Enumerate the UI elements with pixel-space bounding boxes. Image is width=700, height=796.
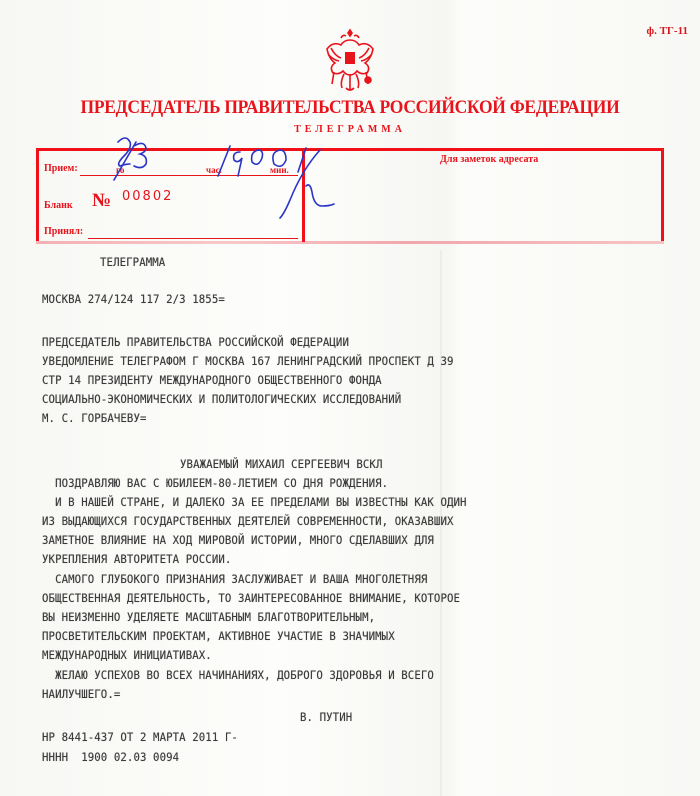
minutes-label: мин. — [270, 165, 289, 175]
salutation: УВАЖАЕМЫЙ МИХАИЛ СЕРГЕЕВИЧ ВСКЛ — [180, 457, 382, 471]
blank-number: 00802 — [122, 189, 173, 204]
double-headed-eagle-emblem-icon — [322, 28, 378, 94]
org-title: ПРЕДСЕДАТЕЛЬ ПРАВИТЕЛЬСТВА РОССИЙСКОЙ ФЕ… — [28, 97, 672, 119]
routing-line: МОСКВА 274/124 117 2/3 1855= — [42, 292, 225, 306]
body-line: МЕЖДУНАРОДНЫХ ИНИЦИАТИВАХ. — [42, 648, 212, 662]
blank-label: Бланк — [44, 200, 73, 211]
form-code: ф. ТГ-11 — [646, 25, 688, 37]
body-line: И В НАШЕЙ СТРАНЕ, И ДАЛЕКО ЗА ЕЕ ПРЕДЕЛА… — [42, 495, 467, 509]
form-subtitle: ТЕЛЕГРАММА — [0, 124, 700, 135]
address-line: СОЦИАЛЬНО-ЭКОНОМИЧЕСКИХ И ПОЛИТОЛОГИЧЕСК… — [42, 392, 401, 406]
number-sign: № — [92, 190, 111, 212]
body-line: НАИЛУЧШЕГО.= — [42, 687, 120, 701]
address-line: СТР 14 ПРЕЗИДЕНТУ МЕЖДУНАРОДНОГО ОБЩЕСТВ… — [42, 373, 382, 387]
body-line: ЖЕЛАЮ УСПЕХОВ ВО ВСЕХ НАЧИНАНИЯХ, ДОБРОГ… — [42, 668, 434, 682]
body-line: ЗАМЕТНОЕ ВЛИЯНИЕ НА ХОД МИРОВОЙ ИСТОРИИ,… — [42, 533, 434, 547]
address-line: УВЕДОМЛЕНИЕ ТЕЛЕГРАФОМ Г МОСКВА 167 ЛЕНИ… — [42, 354, 454, 368]
frame-divider — [302, 148, 305, 242]
body-line: САМОГО ГЛУБОКОГО ПРИЗНАНИЯ ЗАСЛУЖИВАЕТ И… — [42, 572, 427, 586]
signature: В. ПУТИН — [300, 710, 352, 724]
body-line: УКРЕПЛЕНИЯ АВТОРИТЕТА РОССИИ. — [42, 552, 231, 566]
body-line: ПРОСВЕТИТЕЛЬСКИМ ПРОЕКТАМ, АКТИВНОЕ УЧАС… — [42, 629, 395, 643]
footer-line: НННН 1900 02.03 0094 — [42, 750, 179, 764]
notes-label: Для заметок адресата — [440, 154, 538, 165]
telegram-header: ТЕЛЕГРАММА — [100, 255, 165, 269]
address-line: ПРЕДСЕДАТЕЛЬ ПРАВИТЕЛЬСТВА РОССИЙСКОЙ ФЕ… — [42, 335, 349, 349]
received-label: Прием: — [44, 163, 78, 174]
body-line: ИЗ ВЫДАЮЩИХСЯ ГОСУДАРСТВЕННЫХ ДЕЯТЕЛЕЙ С… — [42, 514, 454, 528]
frame-bottom-edge — [36, 241, 664, 244]
body-line: ОБЩЕСТВЕННАЯ ДЕЯТЕЛЬНОСТЬ, ТО ЗАИНТЕРЕСО… — [42, 591, 460, 605]
footer-line: НР 8441-437 ОТ 2 МАРТА 2011 Г- — [42, 730, 238, 744]
telegram-document: ф. ТГ-11 ПРЕДСЕДАТЕЛЬ ПРАВИТЕЛЬСТВА РОСС… — [0, 0, 700, 796]
recipient-line: М. С. ГОРБАЧЕВУ= — [42, 411, 147, 425]
accepted-line — [88, 238, 298, 239]
accepted-label: Принял: — [44, 226, 83, 237]
body-line: ПОЗДРАВЛЯЮ ВАС С ЮБИЛЕЕМ-80-ЛЕТИЕМ СО ДН… — [42, 476, 388, 490]
day-suffix-label: го — [116, 165, 124, 175]
body-line: ВЫ НЕИЗМЕННО УДЕЛЯЕТЕ МАСШТАБНЫМ БЛАГОТВ… — [42, 610, 375, 624]
hours-label: час. — [206, 165, 222, 175]
received-line — [80, 175, 298, 176]
